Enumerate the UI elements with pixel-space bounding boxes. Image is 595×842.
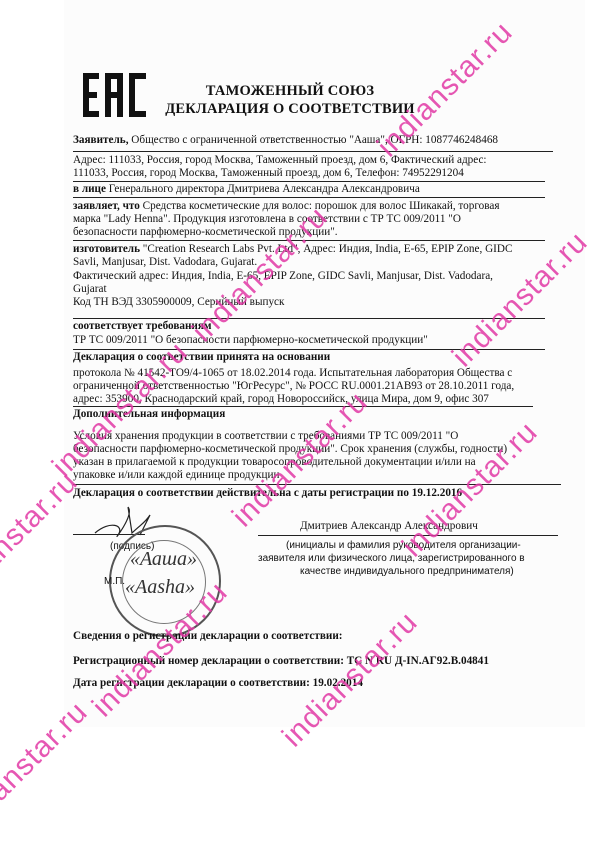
basis-line-1: протокола № 41542-ТО9/4-1065 от 18.02.20…: [73, 367, 512, 380]
basis-label: Декларация о соответствии принята на осн…: [73, 351, 330, 364]
basis-line-3: адрес: 353900, Краснодарский край, город…: [73, 393, 489, 406]
address-line-2: 111033, Россия, город Москва, Таможенный…: [73, 167, 464, 180]
signatory-line: [258, 535, 558, 536]
applicant-text: Общество с ограниченной ответственностью…: [129, 134, 499, 146]
stamp-text-en: «Aasha»: [125, 576, 195, 599]
basis-line-2: ограниченной ответственностью "ЮгРесурс"…: [73, 380, 514, 393]
address-line-1: Адрес: 111033, Россия, город Москва, Там…: [73, 154, 487, 167]
represented-by-line: в лице Генерального директора Дмитриева …: [73, 183, 420, 196]
manufacturer-line-1: изготовитель "Creation Research Labs Pvt…: [73, 243, 512, 256]
additional-line-4: упаковке и/или каждой единице продукции: [73, 469, 279, 482]
declares-line-3: безопасности парфюмерно-косметической пр…: [73, 226, 338, 239]
registration-date: Дата регистрации декларации о соответств…: [73, 677, 363, 690]
divider: [73, 181, 545, 182]
registration-heading: Сведения о регистрации декларации о соот…: [73, 630, 343, 643]
additional-line-1: Условия хранения продукции в соответстви…: [73, 430, 458, 443]
page-title: ТАМОЖЕННЫЙ СОЮЗ ДЕКЛАРАЦИЯ О СООТВЕТСТВИ…: [160, 82, 420, 118]
declares-label: заявляет, что: [73, 200, 140, 212]
title-line-2: ДЕКЛАРАЦИЯ О СООТВЕТСТВИИ: [160, 100, 420, 118]
divider: [73, 484, 561, 485]
declares-line-1: заявляет, что Средства косметические для…: [73, 200, 500, 213]
applicant-line: Заявитель, Общество с ограниченной ответ…: [73, 134, 498, 147]
manufacturer-line-3: Фактический адрес: Индия, India, E-65, E…: [73, 270, 493, 283]
validity-text: Декларация о соответствии действительна …: [73, 487, 462, 500]
divider: [73, 240, 545, 241]
manufacturer-label: изготовитель: [73, 243, 140, 255]
applicant-label: Заявитель,: [73, 134, 129, 146]
additional-line-3: указан в прилагаемой к продукции товарос…: [73, 456, 476, 469]
declaration-page: ТАМОЖЕННЫЙ СОЮЗ ДЕКЛАРАЦИЯ О СООТВЕТСТВИ…: [0, 0, 595, 842]
signatory-name: Дмитриев Александр Александрович: [300, 520, 478, 533]
manufacturer-line-4: Gujarat: [73, 283, 107, 296]
declares-text-1: Средства косметические для волос: порошо…: [140, 200, 500, 212]
caption-line-2: заявителя или физического лица, зарегист…: [258, 552, 525, 565]
caption-line-3: качестве индивидуального предпринимателя…: [300, 565, 514, 578]
conforms-text: ТР ТС 009/2011 "О безопасности парфюмерн…: [73, 334, 428, 347]
divider: [73, 318, 545, 319]
stamp-label: М.П.: [104, 575, 125, 588]
represented-by-text: Генерального директора Дмитриева Алексан…: [106, 183, 420, 195]
declares-line-2: марка "Lady Henna". Продукция изготовлен…: [73, 213, 461, 226]
manufacturer-line-2: Savli, Manjusar, Dist. Vadodara, Gujarat…: [73, 256, 257, 269]
caption-line-1: (инициалы и фамилия руководителя организ…: [286, 539, 521, 552]
divider: [73, 197, 545, 198]
manufacturer-text-1: "Creation Research Labs Pvt. Ltd", Адрес…: [140, 243, 512, 255]
registration-number: Регистрационный номер декларации о соотв…: [73, 655, 489, 668]
conforms-label: соответствует требованиям: [73, 320, 212, 333]
title-line-1: ТАМОЖЕННЫЙ СОЮЗ: [160, 82, 420, 100]
stamp-text-ru: «Ааша»: [130, 548, 197, 571]
additional-line-2: безопасности парфюмерно-косметической пр…: [73, 443, 507, 456]
eac-logo-icon: [83, 73, 147, 117]
divider: [73, 349, 545, 350]
additional-info-label: Дополнительная информация: [73, 408, 225, 421]
represented-by-label: в лице: [73, 183, 106, 195]
manufacturer-line-5: Код ТН ВЭД 3305900009, Серийный выпуск: [73, 296, 284, 309]
divider: [73, 406, 533, 407]
divider: [73, 151, 553, 152]
